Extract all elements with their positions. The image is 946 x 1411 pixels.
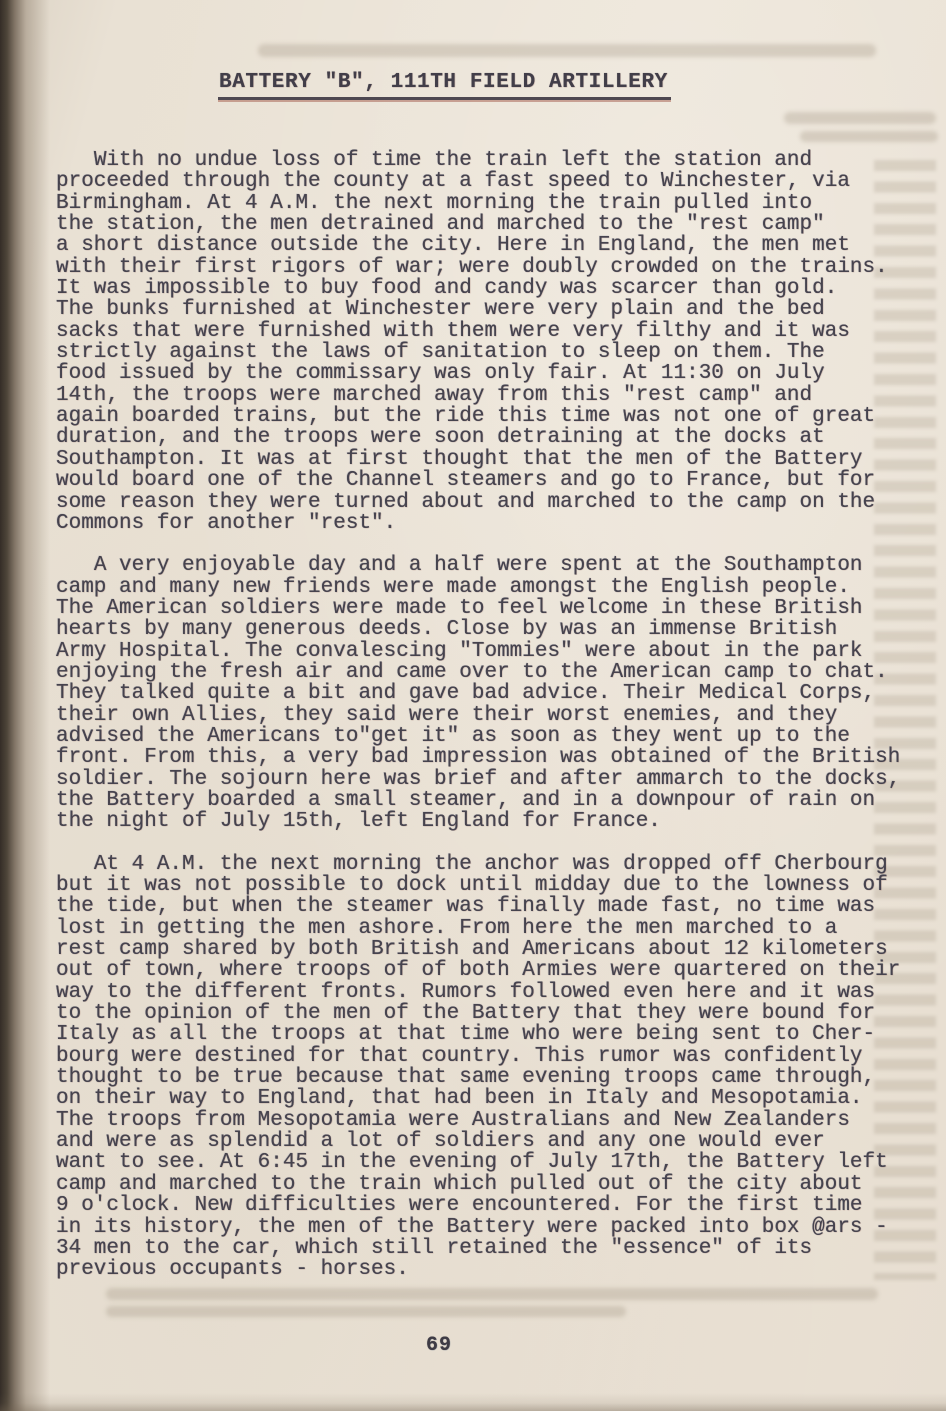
paragraph-southampton-camp: A very enjoyable day and a half were spe…	[56, 555, 916, 832]
page-heading: BATTERY "B", 111TH FIELD ARTILLERY	[218, 60, 671, 100]
paragraph-winchester-rest-camp: With no undue loss of time the train lef…	[56, 150, 916, 534]
bleed-through-smudge	[106, 1306, 626, 1317]
page-body: With no undue loss of time the train lef…	[56, 150, 916, 1281]
book-page: BATTERY "B", 111TH FIELD ARTILLERY With …	[0, 0, 946, 1411]
page-number: 69	[426, 1334, 452, 1357]
binding-shadow	[0, 0, 52, 1411]
bleed-through-smudge	[258, 44, 876, 57]
paragraph-cherbourg-boxcars: At 4 A.M. the next morning the anchor wa…	[56, 854, 916, 1281]
bleed-through-smudge	[800, 131, 938, 142]
bleed-through-smudge	[784, 112, 936, 124]
page-bottom-shadow	[0, 1393, 946, 1411]
page-title: BATTERY "B", 111TH FIELD ARTILLERY	[218, 71, 671, 100]
bleed-through-smudge	[106, 1288, 878, 1300]
